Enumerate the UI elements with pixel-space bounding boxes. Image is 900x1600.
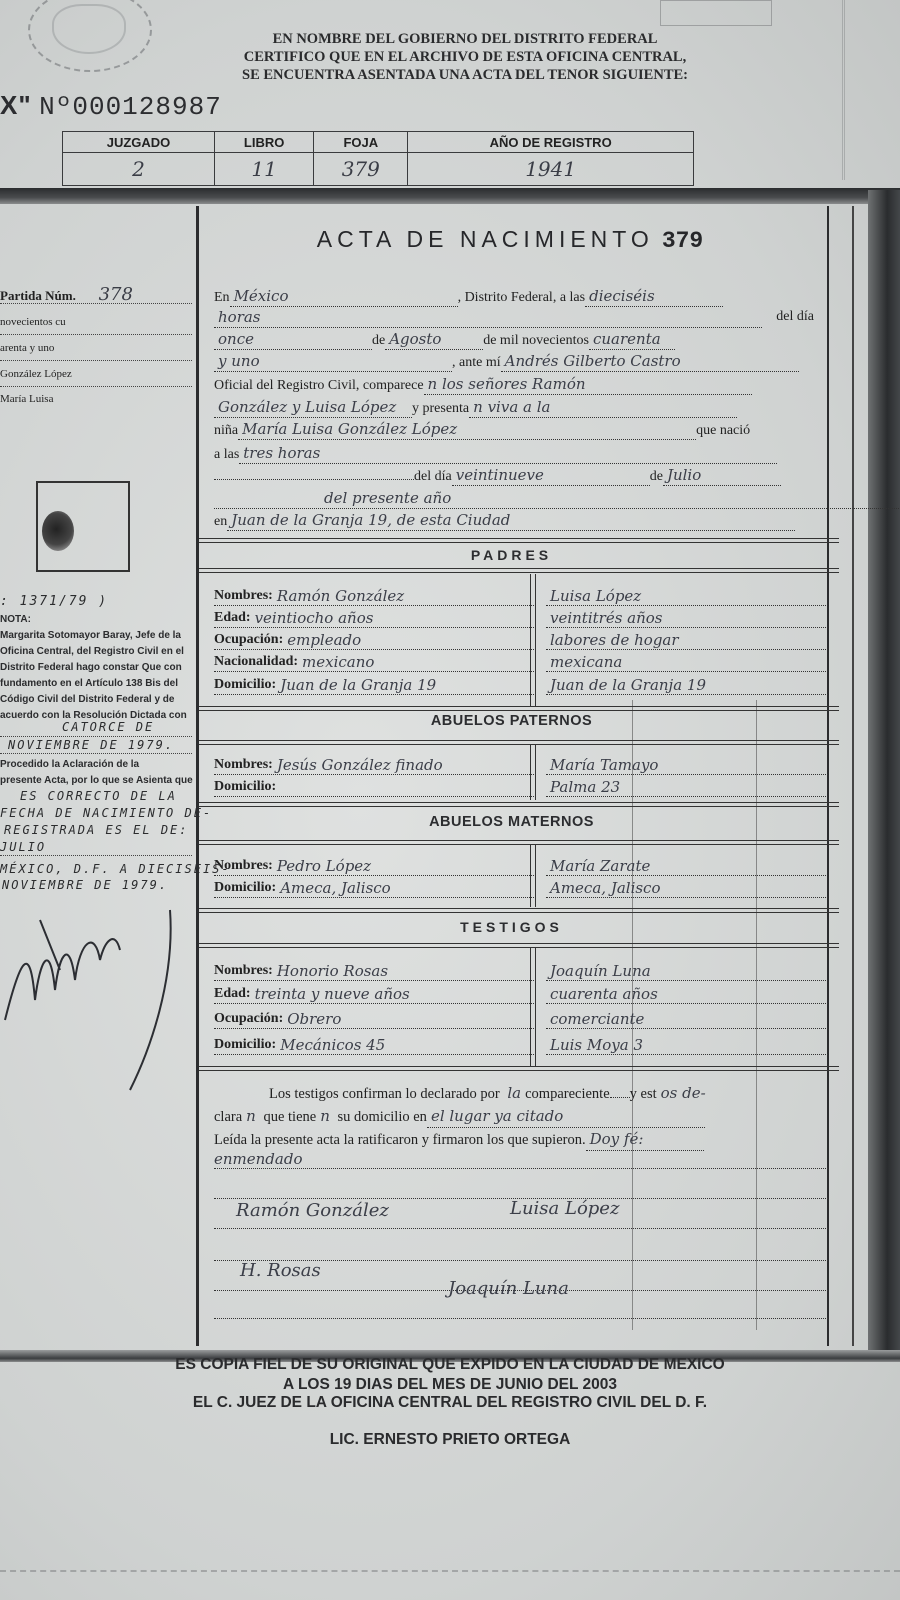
- section-testigos-title: TESTIGOS: [199, 919, 824, 935]
- header-line-3: SE ENCUENTRA ASENTADA UNA ACTA DEL TENOR…: [0, 66, 900, 84]
- judge-name: LIC. ERNESTO PRIETO ORTEGA: [0, 1431, 900, 1449]
- value-libro: 11: [215, 153, 314, 186]
- acta-line-7: niñaMaría Luisa González Lópezque nació: [214, 419, 814, 441]
- margin-line: [0, 736, 192, 737]
- col-anio: AÑO DE REGISTRO: [408, 132, 694, 153]
- section-padres-title: PADRES: [199, 547, 824, 563]
- frame-line: [852, 206, 854, 1346]
- header-line-2: CERTIFICO QUE EN EL ARCHIVO DE ESTA OFIC…: [0, 48, 900, 66]
- margin-ref: : 1371/79 ): [0, 594, 108, 609]
- acta-line-5: Oficial del Registro Civil, comparecen l…: [214, 374, 814, 396]
- signature-line: [214, 1168, 828, 1169]
- thumbprint-box: [36, 481, 130, 572]
- note-handwriting: NOVIEMBRE DE 1979.: [8, 738, 174, 752]
- divider: [199, 802, 839, 807]
- section-abuelos-paternos-title: ABUELOS PATERNOS: [199, 713, 824, 729]
- value-foja: 379: [314, 153, 408, 186]
- scan-shadow-right: [868, 190, 900, 1360]
- divider: [199, 908, 839, 913]
- acta-title: ACTA DE NACIMIENTO379: [196, 226, 824, 254]
- padres-row-ocupacion: Ocupación:empleado labores de hogar: [214, 631, 826, 650]
- divider: [199, 538, 839, 543]
- section-abuelos-maternos-title: ABUELOS MATERNOS: [199, 814, 824, 830]
- header-line-1: EN NOMBRE DEL GOBIERNO DEL DISTRITO FEDE…: [0, 30, 900, 48]
- footer-line-3: EL C. JUEZ DE LA OFICINA CENTRAL DEL REG…: [0, 1394, 900, 1412]
- acta-line-11: enJuan de la Granja 19, de esta Ciudad: [214, 510, 814, 532]
- decorative-border: [842, 0, 900, 180]
- divider: [199, 568, 839, 573]
- closing-line-1: Los testigos confirman lo declarado por …: [214, 1082, 826, 1105]
- margin-line: [0, 360, 192, 361]
- note-line: Oficina Central, del Registro Civil en e…: [0, 644, 196, 660]
- official-signature: [0, 900, 200, 1100]
- nota-label: NOTA:: [0, 612, 196, 628]
- birth-certificate-page: EN NOMBRE DEL GOBIERNO DEL DISTRITO FEDE…: [0, 0, 900, 1600]
- margin-handwriting-4: María Luisa: [0, 393, 192, 405]
- note-handwriting: FECHA DE NACIMIENTO DE-: [0, 806, 212, 820]
- fingerprint-icon: [42, 511, 74, 551]
- signature-father: Ramón González: [236, 1200, 389, 1221]
- acta-line-4: y uno, ante míAndrés Gilberto Castro: [214, 351, 814, 373]
- testigos-row-nombres: Nombres:Honorio Rosas Joaquín Luna: [214, 962, 826, 981]
- testigos-row-ocupacion: Ocupación:Obrero comerciante: [214, 1010, 826, 1029]
- note-line: Distrito Federal hago constar Que con: [0, 660, 196, 676]
- value-juzgado: 2: [63, 153, 215, 186]
- acta-line-3: oncedeAgostode mil novecientoscuarenta: [214, 329, 814, 351]
- note-line: Margarita Sotomayor Baray, Jefe de la: [0, 628, 196, 644]
- padres-row-nacionalidad: Nacionalidad:mexicano mexicana: [214, 653, 826, 672]
- certificate-header: EN NOMBRE DEL GOBIERNO DEL DISTRITO FEDE…: [0, 30, 900, 84]
- signature-line: [214, 1318, 828, 1319]
- margin-handwriting-1: novecientos cu: [0, 316, 192, 328]
- col-libro: LIBRO: [215, 132, 314, 153]
- maternos-row-domicilio: Domicilio:Ameca, Jalisco Ameca, Jalisco: [214, 879, 826, 898]
- divider: [199, 943, 839, 948]
- margin-handwriting-3: González López: [0, 368, 192, 380]
- note-line: presente Acta, por lo que se Asienta que: [0, 773, 196, 789]
- serial-number: X" Nº000128987: [0, 90, 222, 122]
- maternos-row-nombres: Nombres:Pedro López María Zarate: [214, 857, 826, 876]
- acta-number: 379: [662, 228, 703, 254]
- signature-line: [214, 1228, 828, 1229]
- closing-line-2: claran que tienen su domicilio enel luga…: [214, 1105, 826, 1128]
- paternos-row-domicilio: Domicilio: Palma 23: [214, 778, 826, 797]
- city-logo: [660, 0, 772, 26]
- note-handwriting: REGISTRADA ES EL DE:: [4, 823, 189, 837]
- value-anio: 1941: [408, 153, 694, 186]
- margin-line: [0, 303, 192, 304]
- acta-line-8: a lastres horas: [214, 443, 814, 465]
- signature-witness-1: H. Rosas: [240, 1260, 321, 1281]
- signature-witness-2: Joaquín Luna: [448, 1278, 569, 1299]
- signature-mother: Luisa López: [510, 1198, 619, 1219]
- footer-line-1: ES COPIA FIEL DE SU ORIGINAL QUE EXPIDO …: [0, 1356, 900, 1374]
- paternos-row-nombres: Nombres:Jesús González finado María Tama…: [214, 756, 826, 775]
- divider: [199, 1066, 839, 1071]
- note-handwriting: MÉXICO, D.F. A DIECISEIS-: [0, 862, 231, 876]
- margin-line: [0, 855, 192, 856]
- margin-handwriting-2: arenta y uno: [0, 342, 192, 354]
- col-foja: FOJA: [314, 132, 408, 153]
- note-line: Procedido la Aclaración de la: [0, 757, 196, 773]
- margin-line: [0, 334, 192, 335]
- col-juzgado: JUZGADO: [63, 132, 215, 153]
- note-handwriting: ES CORRECTO DE LA: [20, 789, 177, 803]
- decorative-border: [0, 1570, 900, 1600]
- padres-row-nombres: Nombres:Ramón González Luisa López: [214, 587, 826, 606]
- note-handwriting: CATORCE DE: [62, 720, 154, 734]
- acta-line-10: del presente año: [214, 488, 814, 510]
- correction-note: enmendado: [214, 1150, 302, 1168]
- partida-number: Partida Núm. 378: [0, 284, 192, 305]
- margin-line: [0, 386, 192, 387]
- acta-line-6: González y Luisa Lópezy presentan viva a…: [214, 397, 814, 419]
- acta-line-9: del díaveintinuevedeJulio: [214, 465, 814, 487]
- registry-table: JUZGADO LIBRO FOJA AÑO DE REGISTRO 2 11 …: [62, 131, 694, 186]
- acta-line-2: horasdel día: [214, 307, 814, 329]
- note-line: Código Civil del Distrito Federal y de: [0, 692, 196, 708]
- divider: [199, 740, 839, 745]
- acta-line-1: EnMéxico, Distrito Federal, a lasdiecisé…: [214, 286, 814, 308]
- note-line: fundamento en el Artículo 138 Bis del: [0, 676, 196, 692]
- note-handwriting: JULIO: [0, 840, 46, 854]
- divider: [199, 840, 839, 845]
- closing-line-3: Leída la presente acta la ratificaron y …: [214, 1128, 826, 1151]
- padres-row-domicilio: Domicilio:Juan de la Granja 19 Juan de l…: [214, 676, 826, 695]
- margin-line: [0, 753, 192, 754]
- note-handwriting: NOVIEMBRE DE 1979.: [2, 878, 168, 892]
- testigos-row-edad: Edad:treinta y nueve años cuarenta años: [214, 985, 826, 1004]
- scan-shadow-top: [0, 188, 900, 204]
- footer-line-2: A LOS 19 DIAS DEL MES DE JUNIO DEL 2003: [0, 1376, 900, 1394]
- padres-row-edad: Edad:veintiocho años veintitrés años: [214, 609, 826, 628]
- divider: [199, 706, 839, 711]
- testigos-row-domicilio: Domicilio:Mecánicos 45 Luis Moya 3: [214, 1036, 826, 1055]
